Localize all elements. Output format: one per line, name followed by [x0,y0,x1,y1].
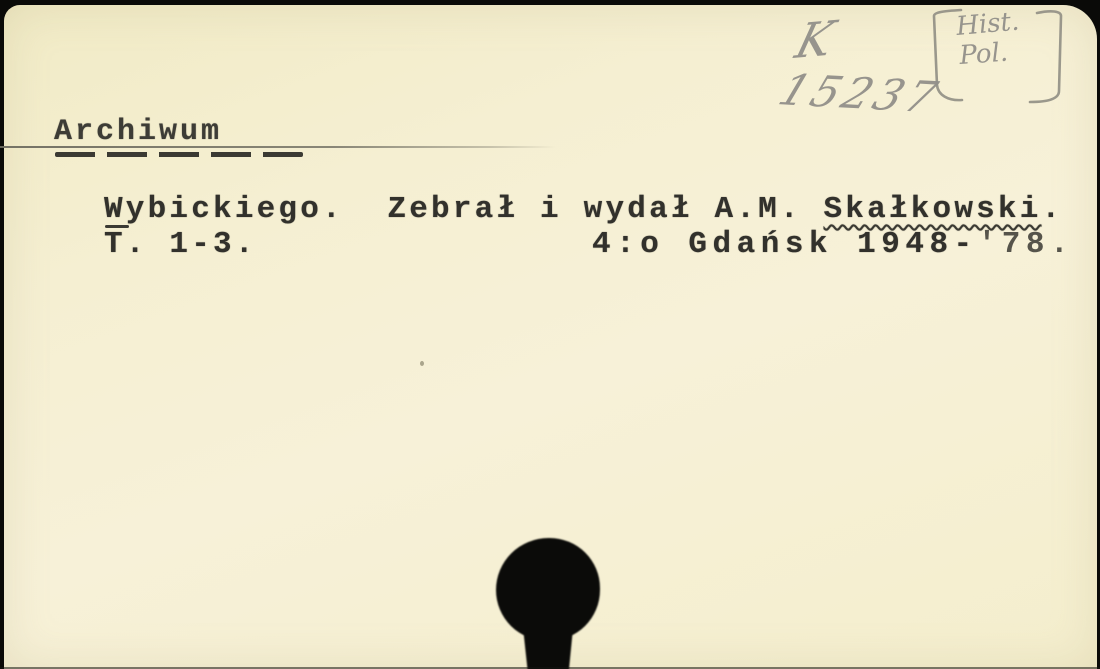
title-statement-period: . [1042,192,1064,227]
imprint-text: 4:o Gdańsk 1948- [592,227,978,262]
volume-range: T. 1-3. [104,229,257,260]
typed-underline-dashes [55,152,303,157]
catalog-card: Archiwum Wybickiego. Zebrał i wydał A.M.… [4,5,1097,669]
title-statement-text: Wybickiego. Zebrał i wydał A.M. [104,192,824,227]
author-name-underlined: Skałkowski [824,192,1042,227]
imprint-line: 4:o Gdańsk 1948-'78. [592,229,1074,260]
scan-backdrop: { "card": { "heading": "Archiwum", "titl… [0,0,1100,669]
pencil-subject-note-line1: Hist. [954,7,1020,42]
title-statement-line: Wybickiego. Zebrał i wydał A.M. Skałkows… [104,194,1063,225]
punch-hole-stem [521,619,575,669]
pencil-bracket-right-icon [1030,11,1061,102]
pencil-annotations: Hist. Pol. K 15237 [4,5,1100,669]
pencil-class-letter: K [789,11,843,70]
pencil-accession-number: 15237 [772,66,947,123]
card-heading: Archiwum [54,117,222,147]
imprint-added-years: '78. [978,227,1074,262]
punch-hole-circle [496,538,600,641]
paper-speck [420,361,424,366]
punch-hole-keyhole [4,5,1097,669]
pencil-bracket-left-icon [934,10,962,100]
pencil-subject-note-line2: Pol. [957,38,1009,71]
